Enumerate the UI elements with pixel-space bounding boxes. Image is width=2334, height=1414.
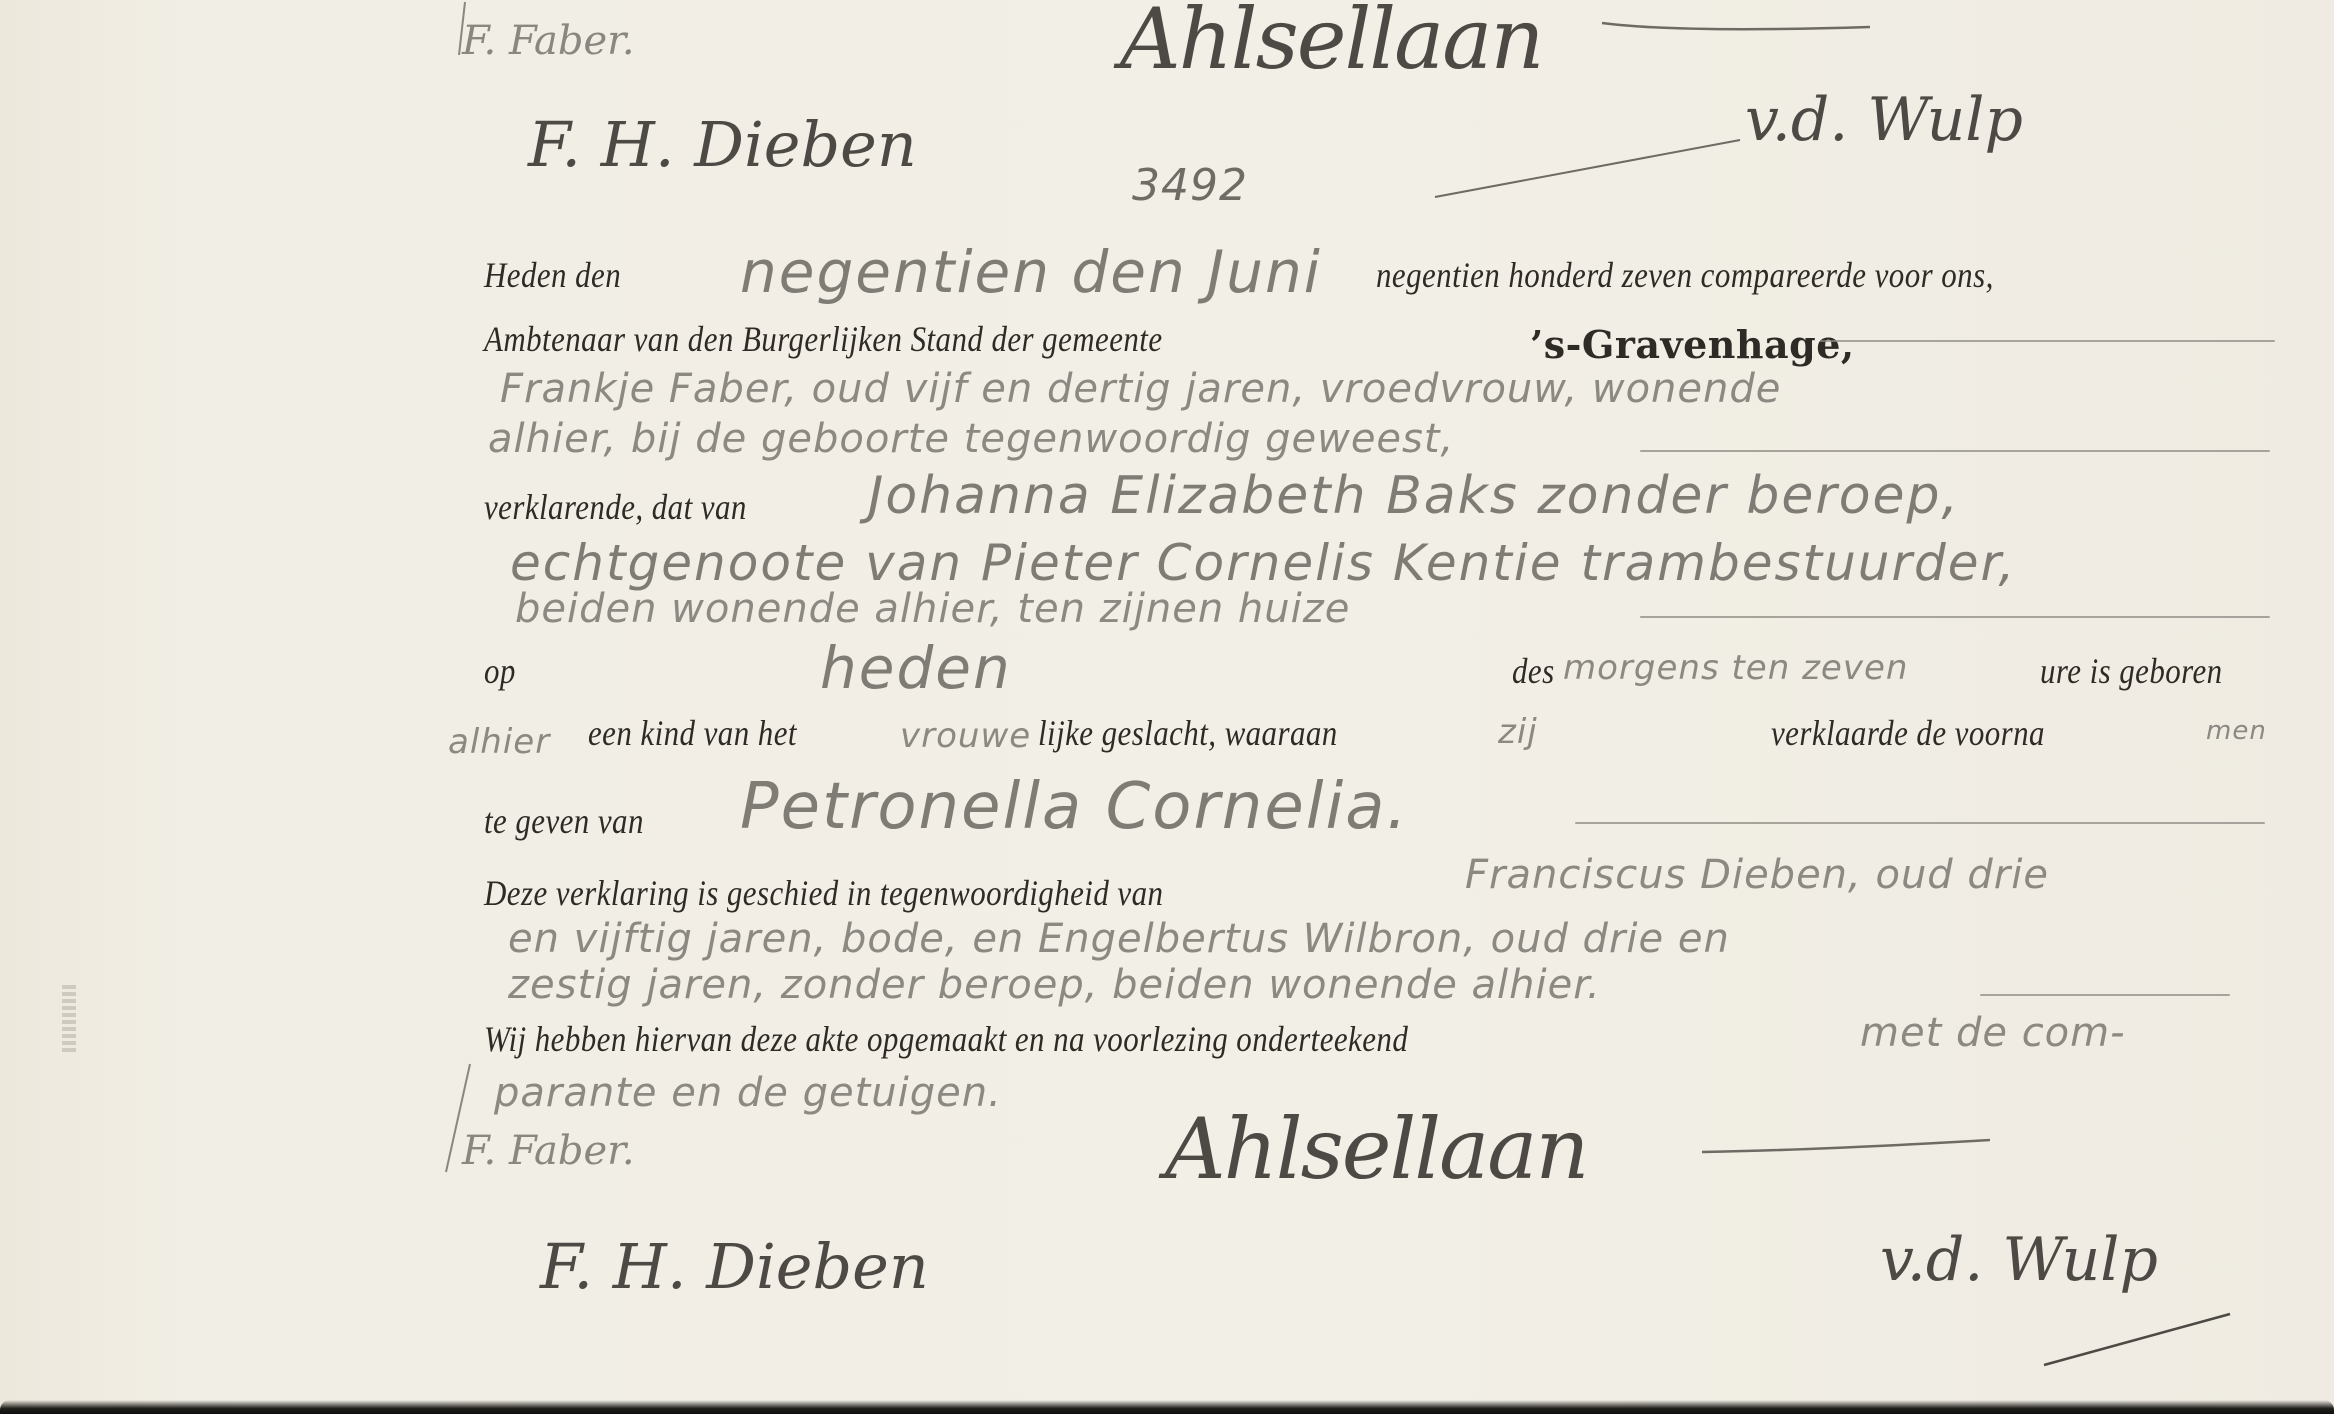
printed-text: te geven van bbox=[484, 800, 644, 842]
signature-wulp-top: v.d. Wulp bbox=[1745, 85, 2023, 155]
handwritten-child-names: Petronella Cornelia. bbox=[740, 770, 1409, 844]
handwritten-text: parante en de getuigen. bbox=[494, 1070, 1002, 1116]
signature-dieben-bottom: F. H. Dieben bbox=[540, 1230, 929, 1303]
printed-text: des bbox=[1512, 650, 1555, 692]
printed-text: een kind van het bbox=[588, 712, 797, 754]
printed-text: Deze verklaring is geschied in tegenwoor… bbox=[484, 872, 1163, 914]
printed-text: op bbox=[484, 650, 516, 692]
fill-line bbox=[1980, 994, 2230, 996]
signature-dieben-top: F. H. Dieben bbox=[528, 108, 917, 181]
record-number: 3492 bbox=[1132, 160, 1248, 211]
signature-underline-official-top bbox=[1600, 15, 1880, 35]
handwritten-birth-day: heden bbox=[820, 634, 1012, 702]
handwritten-birth-time: morgens ten zeven bbox=[1563, 648, 1908, 688]
handwritten-text: zestig jaren, zonder beroep, beiden wone… bbox=[508, 962, 1601, 1008]
scan-edge bbox=[0, 1400, 2334, 1414]
signature-flourish-wulp-top bbox=[1430, 135, 1770, 215]
fill-line bbox=[1820, 340, 2275, 342]
handwritten-pronoun: zij bbox=[1498, 712, 1538, 752]
signature-flourish-wulp-bottom bbox=[2040, 1310, 2240, 1370]
handwritten-margin-place: alhier bbox=[448, 722, 550, 762]
handwritten-witnesses: Franciscus Dieben, oud drie bbox=[1465, 852, 2049, 898]
handwritten-mother-name: Johanna Elizabeth Baks zonder beroep, bbox=[868, 466, 1960, 526]
municipality-name: ’s-Gravenhage, bbox=[1530, 322, 1855, 367]
signature-wulp-bottom: v.d. Wulp bbox=[1880, 1225, 2158, 1295]
fill-line bbox=[1640, 450, 2270, 452]
handwritten-declarant: Frankje Faber, oud vijf en dertig jaren,… bbox=[500, 366, 1781, 412]
handwritten-sex: vrouwe bbox=[900, 716, 1031, 756]
fill-line bbox=[1575, 822, 2265, 824]
handwritten-text: met de com- bbox=[1860, 1010, 2126, 1056]
printed-text: verklarende, dat van bbox=[484, 486, 747, 528]
signature-official-bottom: Ahlsellaan bbox=[1165, 1100, 1587, 1198]
handwritten-text: men bbox=[2206, 716, 2267, 746]
handwritten-text: beiden wonende alhier, ten zijnen huize bbox=[515, 586, 1350, 632]
signature-flourish-faber-top bbox=[455, 0, 515, 60]
document-page: F. Faber. F. H. Dieben Ahlsellaan v.d. W… bbox=[0, 0, 2334, 1414]
paper-smudge bbox=[62, 985, 76, 1055]
printed-text: Ambtenaar van den Burgerlijken Stand der… bbox=[484, 318, 1163, 360]
printed-text: Wij hebben hiervan deze akte opgemaakt e… bbox=[484, 1018, 1408, 1060]
printed-text: ure is geboren bbox=[2040, 650, 2223, 692]
printed-text: verklaarde de voorna bbox=[1771, 712, 2045, 754]
signature-underline-official-bottom bbox=[1700, 1130, 2000, 1160]
handwritten-father-name: echtgenoote van Pieter Cornelis Kentie t… bbox=[510, 534, 2016, 592]
printed-text: negentien honderd zeven compareerde voor… bbox=[1376, 254, 1994, 296]
signature-official-top: Ahlsellaan bbox=[1120, 0, 1542, 88]
fill-line bbox=[1640, 616, 2270, 618]
signature-faber-bottom: F. Faber. bbox=[462, 1128, 635, 1174]
printed-text: lijke geslacht, waaraan bbox=[1038, 712, 1338, 754]
printed-text: Heden den bbox=[484, 254, 621, 296]
handwritten-text: alhier, bij de geboorte tegenwoordig gew… bbox=[488, 416, 1454, 462]
handwritten-date: negentien den Juni bbox=[740, 238, 1322, 306]
handwritten-witnesses: en vijftig jaren, bode, en Engelbertus W… bbox=[508, 916, 1730, 962]
